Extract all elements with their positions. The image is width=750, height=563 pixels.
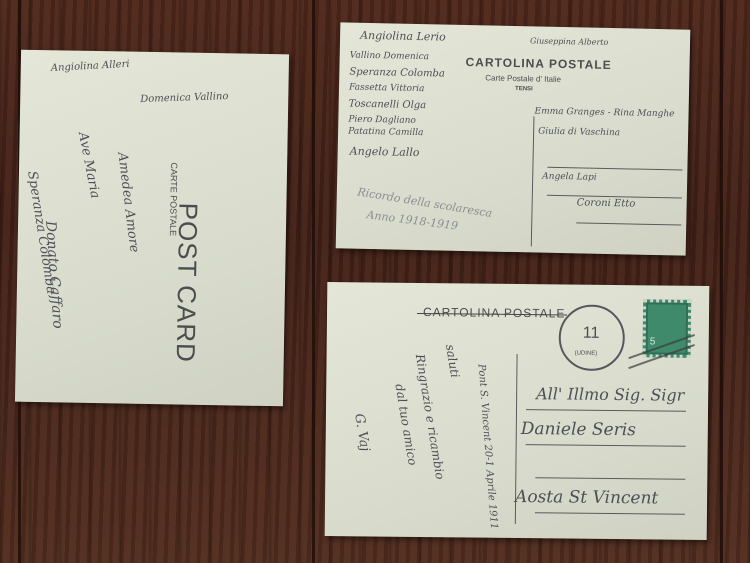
handwriting-line: G. Vaj — [351, 412, 372, 452]
carte-postale-subtitle: Carte Postale d' Italie — [485, 73, 561, 84]
stamp-value: 5 — [650, 336, 656, 347]
handwriting-line: Donato Caffaro — [42, 220, 65, 329]
address-line — [535, 512, 685, 515]
handwriting-line: Pont S. Vincent 20-1 Aprile 1911 — [476, 364, 500, 530]
handwriting-line: Angelo Lallo — [350, 145, 420, 159]
address-line — [547, 167, 682, 171]
handwriting-line: Vallino Domenica — [350, 51, 430, 63]
cartolina-postale-title: CARTOLINA POSTALE — [465, 55, 611, 72]
handwriting-line: Angiolina Lerio — [360, 29, 446, 44]
divider-line — [531, 116, 535, 246]
handwriting-line: Fassetta Vittoria — [349, 83, 425, 95]
handwriting-line: Amedea Amore — [114, 152, 141, 254]
address-line — [535, 477, 685, 480]
address-line — [526, 409, 686, 412]
handwriting-line: Angela Lapi — [542, 172, 597, 183]
handwriting-line: Emma Granges - Rina Manghe — [534, 106, 674, 119]
handwriting-line: Toscanelli Olga — [349, 99, 427, 112]
handwriting-line: Piero Dagliano — [348, 115, 416, 126]
handwriting-line: Giulia di Vaschina — [538, 127, 620, 139]
carte-postale-print: CARTE POSTALE — [168, 162, 179, 236]
address-line-text: Aosta St Vincent — [515, 487, 658, 508]
handwriting-line: Giuseppina Alberto — [530, 36, 608, 47]
handwriting-line: dal tuo amico — [392, 383, 419, 467]
handwriting-line: Patatina Camilla — [348, 127, 424, 139]
postmark-place: (UDINE) — [575, 351, 598, 357]
postcard-top-right: CARTOLINA POSTALE Carte Postale d' Itali… — [336, 22, 691, 255]
wood-plank-seam — [312, 0, 315, 563]
handwriting-line: Coroni Etto — [577, 197, 636, 209]
postcard-left: POST CARD CARTE POSTALE Angiolina Alleri… — [15, 50, 289, 407]
wood-plank-seam — [720, 0, 723, 563]
address-line — [526, 444, 686, 447]
handwriting-line: Speranza Colomba — [349, 67, 445, 80]
publisher-mark: TENSI — [515, 86, 533, 92]
handwriting-line: Angiolina Alleri — [51, 59, 130, 74]
address-line-text: All' Illmo Sig. Sigr — [536, 384, 684, 405]
address-line — [576, 222, 681, 225]
handwriting-line: Domenica Vallino — [140, 91, 228, 105]
handwriting-line: Ave Maria — [75, 131, 103, 200]
handwriting-line: saluti — [443, 343, 462, 378]
postmark-date: 11 — [583, 325, 600, 343]
address-line-text: Daniele Seris — [521, 419, 636, 440]
postcard-bottom-right: CARTOLINA POSTALE 11 (UDINE) 5 Ringrazio… — [325, 282, 710, 540]
postmark: 11 (UDINE) — [558, 304, 625, 371]
